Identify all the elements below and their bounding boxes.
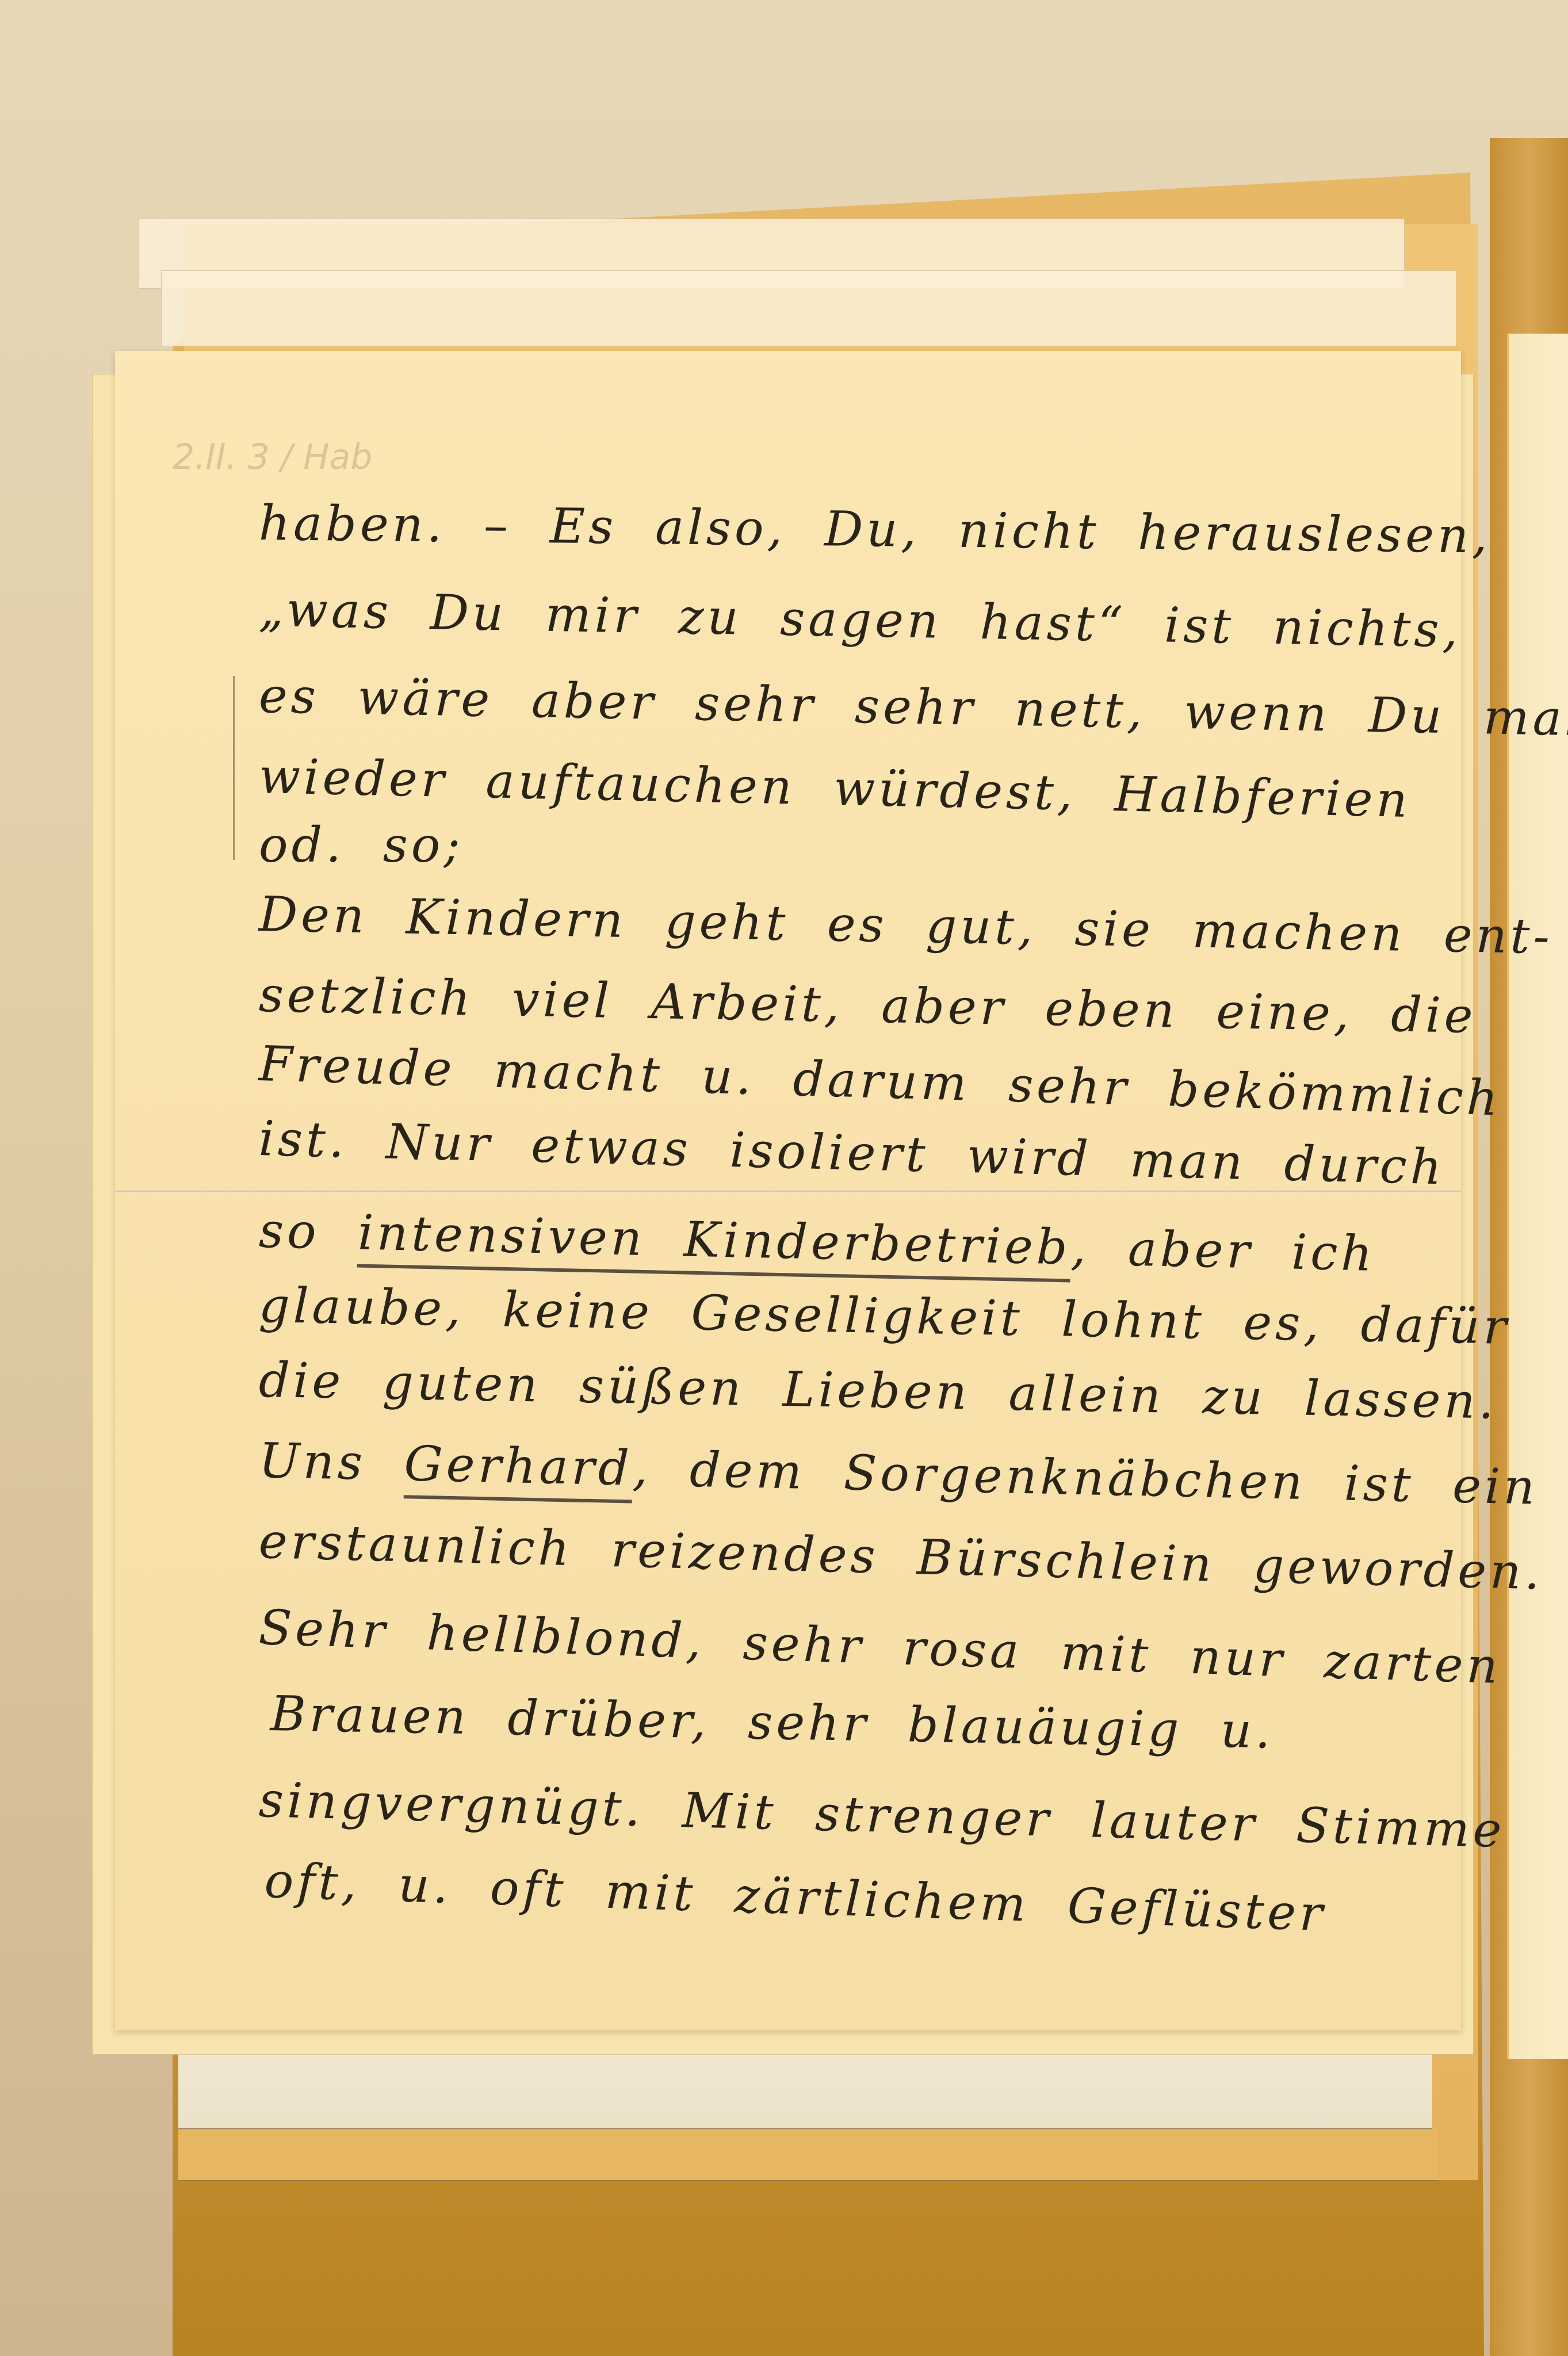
underlined-name: Gerhard bbox=[403, 1435, 633, 1503]
text-fragment: so bbox=[258, 1202, 358, 1261]
text-line: od. so; bbox=[259, 817, 464, 873]
folder-bottom-edge bbox=[178, 2128, 1438, 2181]
adjacent-page-stack bbox=[1507, 334, 1568, 2059]
tissue-sheet-top-2 bbox=[161, 270, 1456, 346]
faint-pencil-header: 2.II. 3 / Hab bbox=[173, 437, 372, 477]
text-fragment: Uns bbox=[258, 1432, 405, 1491]
text-fragment: , aber ich bbox=[1070, 1219, 1376, 1282]
margin-bracket-line bbox=[233, 676, 235, 860]
page-fold-crease bbox=[115, 1191, 1461, 1193]
